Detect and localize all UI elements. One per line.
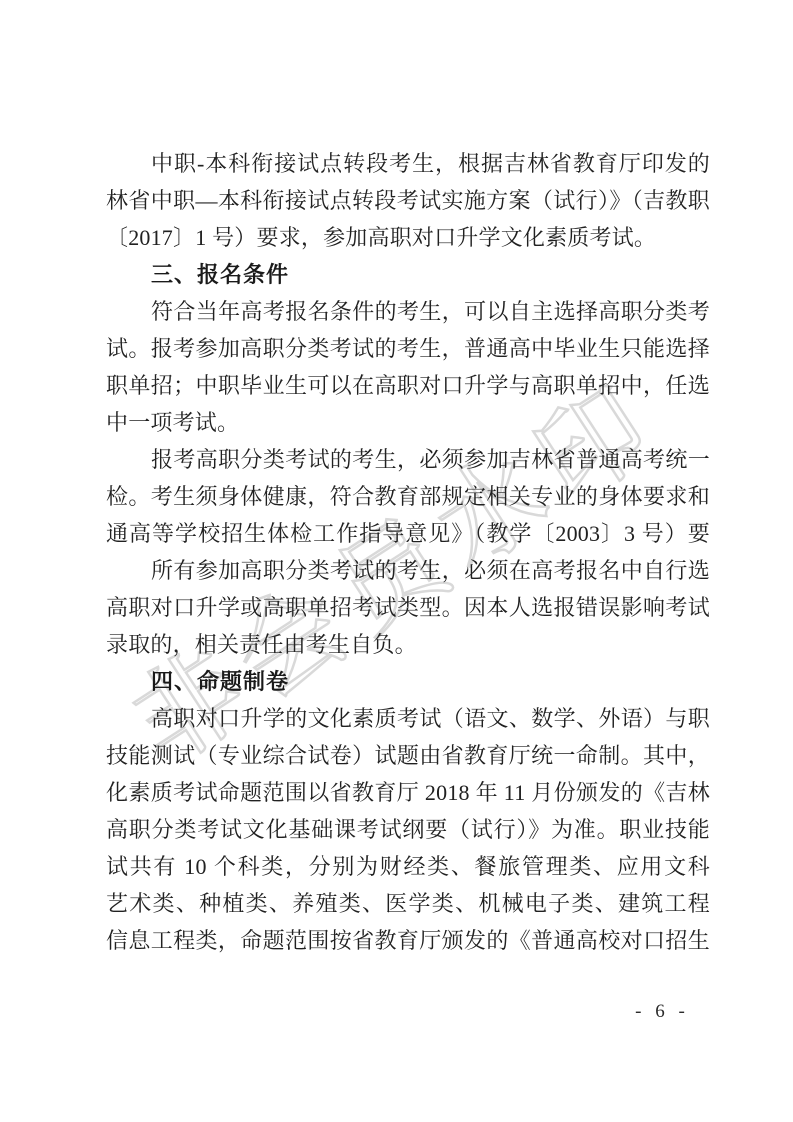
text-line: 高职对口升学或高职单招考试类型。因本人选报错误影响考试及 [106,589,710,626]
text-line: 〔2017〕1 号）要求，参加高职对口升学文化素质考试。 [106,219,710,256]
text-line: 报考高职分类考试的考生，必须参加吉林省普通高考统一体 [106,441,710,478]
text-line: 职单招；中职毕业生可以在高职对口升学与高职单招中，任选其 [106,367,710,404]
text-line: 检。考生须身体健康，符合教育部规定相关专业的身体要求和《普 [106,478,710,515]
text-line: 所有参加高职分类考试的考生，必须在高考报名中自行选报 [106,552,710,589]
text-line: 试。报考参加高职分类考试的考生，普通高中毕业生只能选择高 [106,330,710,367]
text-line: 林省中职—本科衔接试点转段考试实施方案（试行）》（吉教职成 [106,182,710,219]
text-line: 中职-本科衔接试点转段考生，根据吉林省教育厅印发的《吉 [106,145,710,182]
text-line: 通高等学校招生体检工作指导意见》（教学〔2003〕3 号）要求。 [106,515,710,552]
text-line: 试共有 10 个科类，分别为财经类、餐旅管理类、应用文科类、 [106,848,710,885]
page-number: - 6 - [629,1001,693,1023]
text-line: 高职分类考试文化基础课考试纲要（试行）》为准。职业技能测 [106,811,710,848]
text-line: 中一项考试。 [106,404,710,441]
text-line: 化素质考试命题范围以省教育厅 2018 年 11 月份颁发的《吉林省 [106,774,710,811]
document-body: 中职-本科衔接试点转段考生，根据吉林省教育厅印发的《吉 林省中职—本科衔接试点转… [106,145,710,959]
text-line: 符合当年高考报名条件的考生，可以自主选择高职分类考 [106,293,710,330]
text-line: 高职对口升学的文化素质考试（语文、数学、外语）与职业 [106,700,710,737]
text-line: 信息工程类，命题范围按省教育厅颁发的《普通高校对口招生考 [106,922,710,959]
text-line: 技能测试（专业综合试卷）试题由省教育厅统一命制。其中，文 [106,737,710,774]
document-page: 非会员水印 中职-本科衔接试点转段考生，根据吉林省教育厅印发的《吉 林省中职—本… [0,0,793,1122]
text-line: 艺术类、种植类、养殖类、医学类、机械电子类、建筑工程类、 [106,885,710,922]
section-heading-4: 四、命题制卷 [106,663,710,700]
text-line: 录取的，相关责任由考生自负。 [106,626,710,663]
section-heading-3: 三、报名条件 [106,256,710,293]
